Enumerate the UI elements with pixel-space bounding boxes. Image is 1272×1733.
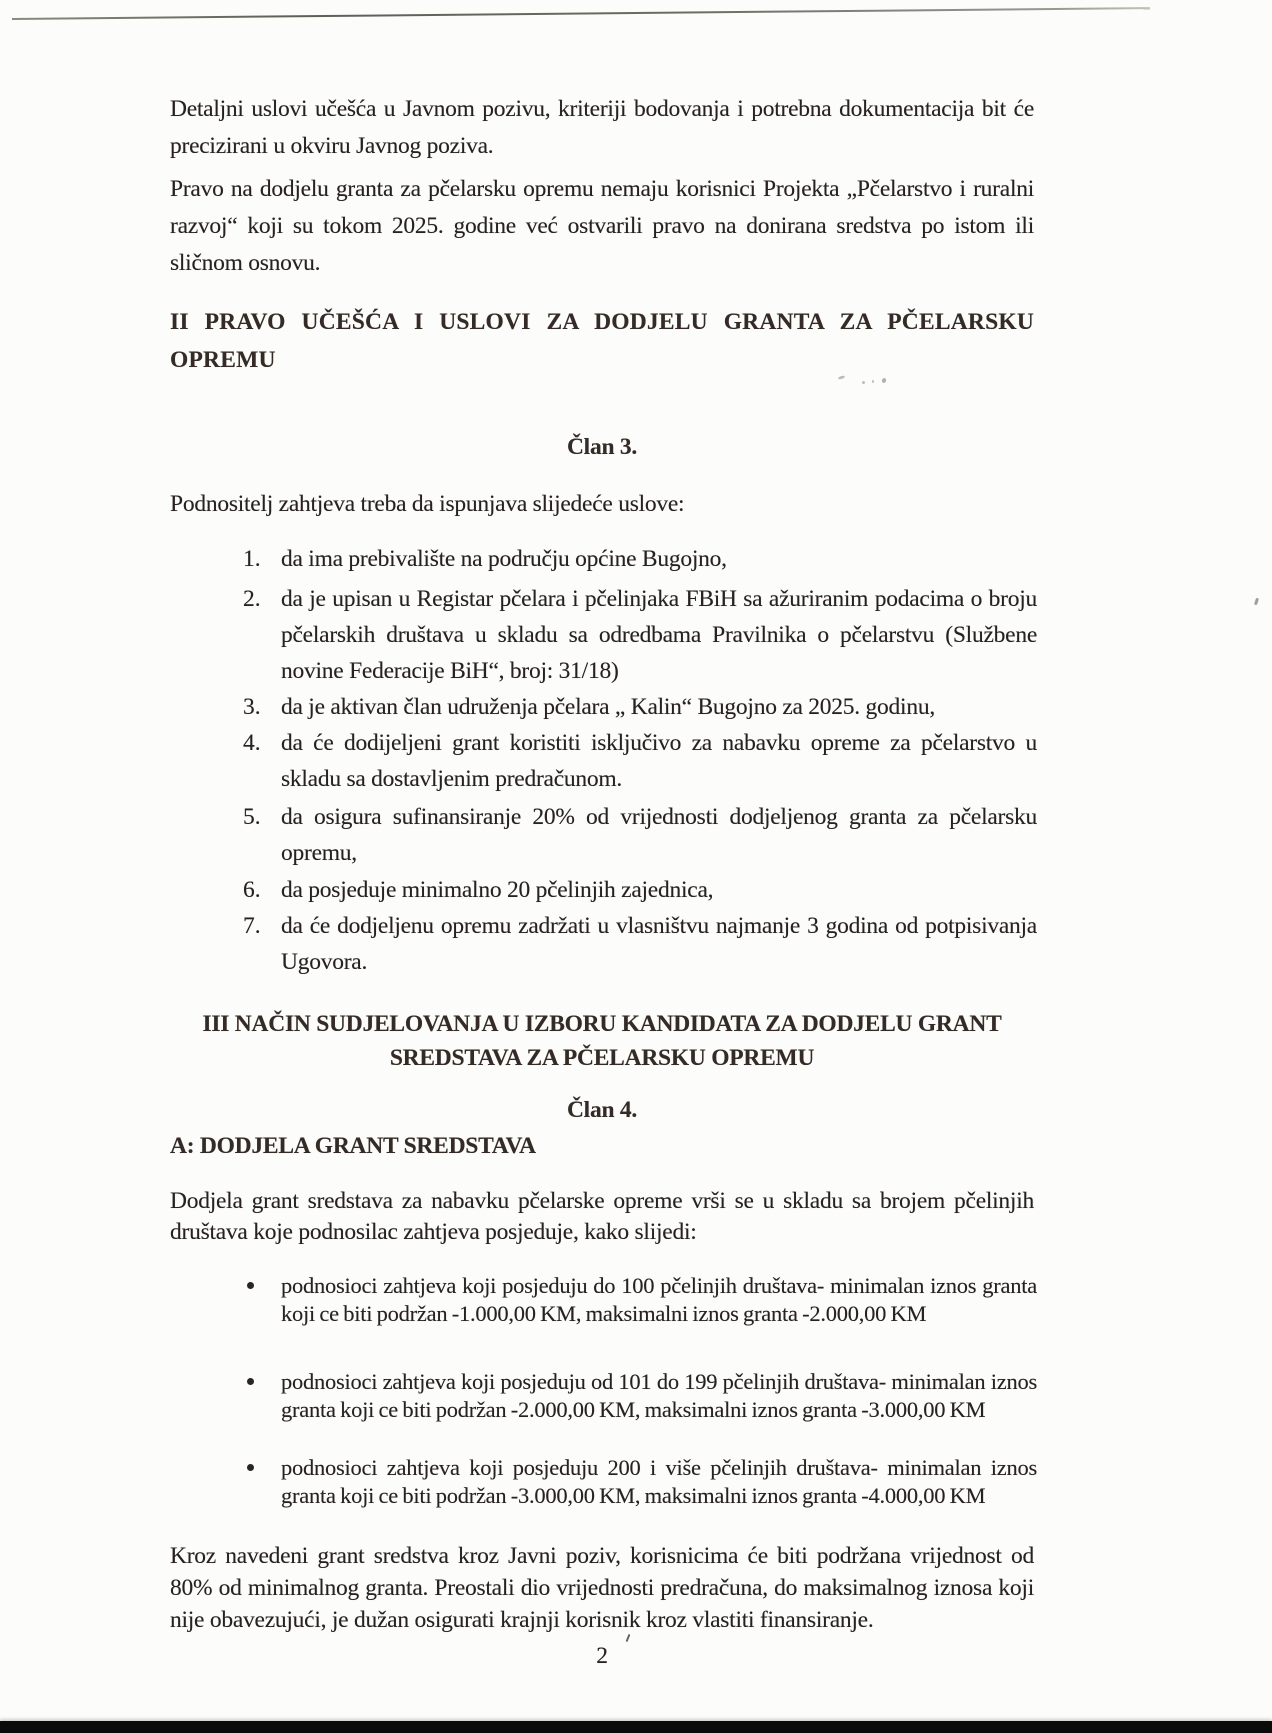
text-line: koji ce biti podržan -1.000,00 KM, maksi… xyxy=(281,1300,1037,1328)
text-line: Kroz navedeni grant sredstva kroz Javni … xyxy=(170,1540,1034,1572)
text-line: sličnom osnovu. xyxy=(170,245,1034,282)
heading-line: OPREMU xyxy=(170,341,1034,379)
item-number: 2. xyxy=(243,581,261,617)
text-line: podnosioci zahtjeva koji posjeduju do 10… xyxy=(281,1272,1037,1300)
text-line: Detaljni uslovi učešća u Javnom pozivu, … xyxy=(170,91,1034,128)
text-line: Dodjela grant sredstava za nabavku pčela… xyxy=(170,1186,1034,1217)
text-line: granta koji ce biti podržan -2.000,00 KM… xyxy=(281,1396,1037,1424)
text-line: pčelarskih društava u skladu sa odredbam… xyxy=(281,617,1037,653)
page-number: 2 xyxy=(170,1638,1034,1675)
page-number-value: 2 xyxy=(170,1638,1034,1675)
grant-tier-bullet-1: podnosioci zahtjeva koji posjeduju do 10… xyxy=(281,1272,1037,1328)
item-number: 1. xyxy=(243,541,261,577)
condition-item-5: 5. da osigura sufinansiranje 20% od vrij… xyxy=(281,799,1037,871)
text-line: da je aktivan član udruženja pčelara „ K… xyxy=(281,689,1037,725)
scan-top-edge-line xyxy=(12,7,1150,20)
text-line: da ima prebivalište na području općine B… xyxy=(281,541,1037,577)
text-line: Ugovora. xyxy=(281,944,1037,980)
heading-line: SREDSTAVA ZA PČELARSKU OPREMU xyxy=(170,1041,1034,1075)
text-line: precizirani u okviru Javnog poziva. xyxy=(170,128,1034,165)
item-number: 6. xyxy=(243,872,261,908)
condition-item-2: 2. da je upisan u Registar pčelara i pče… xyxy=(281,581,1037,689)
text-line: nije obavezujući, je dužan osigurati kra… xyxy=(170,1604,1034,1636)
bullet-icon xyxy=(247,1464,254,1471)
item-number: 4. xyxy=(243,725,261,761)
section-2-heading: II PRAVO UČEŠĆA I USLOVI ZA DODJELU GRAN… xyxy=(170,303,1034,379)
bullet-icon xyxy=(247,1378,254,1385)
scan-bottom-edge-bar xyxy=(0,1721,1272,1733)
text-line: podnosioci zahtjeva koji posjeduju od 10… xyxy=(281,1368,1037,1396)
text-line: opremu, xyxy=(281,835,1037,871)
subsection-a-heading: A: DODJELA GRANT SREDSTAVA xyxy=(170,1128,1034,1165)
article-4-title: Član 4. xyxy=(170,1092,1034,1129)
condition-item-7: 7. da će dodjeljenu opremu zadržati u vl… xyxy=(281,908,1037,980)
article-3-title: Član 3. xyxy=(170,429,1034,466)
scanned-document-page: Detaljni uslovi učešća u Javnom pozivu, … xyxy=(0,0,1272,1733)
section-3-heading: III NAČIN SUDJELOVANJA U IZBORU KANDIDAT… xyxy=(170,1007,1034,1075)
grant-tier-bullet-2: podnosioci zahtjeva koji posjeduju od 10… xyxy=(281,1368,1037,1424)
item-number: 3. xyxy=(243,689,261,725)
item-number: 5. xyxy=(243,799,261,835)
bullet-icon xyxy=(247,1282,254,1289)
article-label: Član 4. xyxy=(170,1092,1034,1129)
allocation-intro-paragraph: Dodjela grant sredstava za nabavku pčela… xyxy=(170,1186,1034,1248)
conditions-intro: Podnositelj zahtjeva treba da ispunjava … xyxy=(170,486,1034,523)
text-line: podnosioci zahtjeva koji posjeduju 200 i… xyxy=(281,1454,1037,1482)
text-line: da će dodjeljenu opremu zadržati u vlasn… xyxy=(281,908,1037,944)
text-line: Pravo na dodjelu granta za pčelarsku opr… xyxy=(170,171,1034,208)
text-line: granta koji ce biti podržan -3.000,00 KM… xyxy=(281,1482,1037,1510)
text-line: novine Federacije BiH“, broj: 31/18) xyxy=(281,653,1037,689)
closing-paragraph: Kroz navedeni grant sredstva kroz Javni … xyxy=(170,1540,1034,1636)
text-line: da je upisan u Registar pčelara i pčelin… xyxy=(281,581,1037,617)
text-line: razvoj“ koji su tokom 2025. godine već o… xyxy=(170,208,1034,245)
text-line: Podnositelj zahtjeva treba da ispunjava … xyxy=(170,486,1034,523)
article-label: Član 3. xyxy=(170,429,1034,466)
text-line: da posjeduje minimalno 20 pčelinjih zaje… xyxy=(281,872,1037,908)
intro-paragraph-2: Pravo na dodjelu granta za pčelarsku opr… xyxy=(170,171,1034,282)
condition-item-3: 3. da je aktivan član udruženja pčelara … xyxy=(281,689,1037,725)
item-number: 7. xyxy=(243,908,261,944)
text-line: 80% od minimalnog granta. Preostali dio … xyxy=(170,1572,1034,1604)
text-line: skladu sa dostavljenim predračunom. xyxy=(281,761,1037,797)
heading-line: A: DODJELA GRANT SREDSTAVA xyxy=(170,1128,1034,1165)
condition-item-4: 4. da će dodijeljeni grant koristiti isk… xyxy=(281,725,1037,797)
text-line: društava koje podnosilac zahtjeva posjed… xyxy=(170,1217,1034,1248)
grant-tier-bullet-3: podnosioci zahtjeva koji posjeduju 200 i… xyxy=(281,1454,1037,1510)
heading-line: III NAČIN SUDJELOVANJA U IZBORU KANDIDAT… xyxy=(170,1007,1034,1041)
condition-item-6: 6. da posjeduje minimalno 20 pčelinjih z… xyxy=(281,872,1037,908)
text-line: da osigura sufinansiranje 20% od vrijedn… xyxy=(281,799,1037,835)
heading-line: II PRAVO UČEŠĆA I USLOVI ZA DODJELU GRAN… xyxy=(170,303,1034,341)
text-line: da će dodijeljeni grant koristiti isklju… xyxy=(281,725,1037,761)
scan-speck-artifact xyxy=(1254,598,1259,606)
intro-paragraph-1: Detaljni uslovi učešća u Javnom pozivu, … xyxy=(170,91,1034,165)
condition-item-1: 1. da ima prebivalište na području općin… xyxy=(281,541,1037,577)
